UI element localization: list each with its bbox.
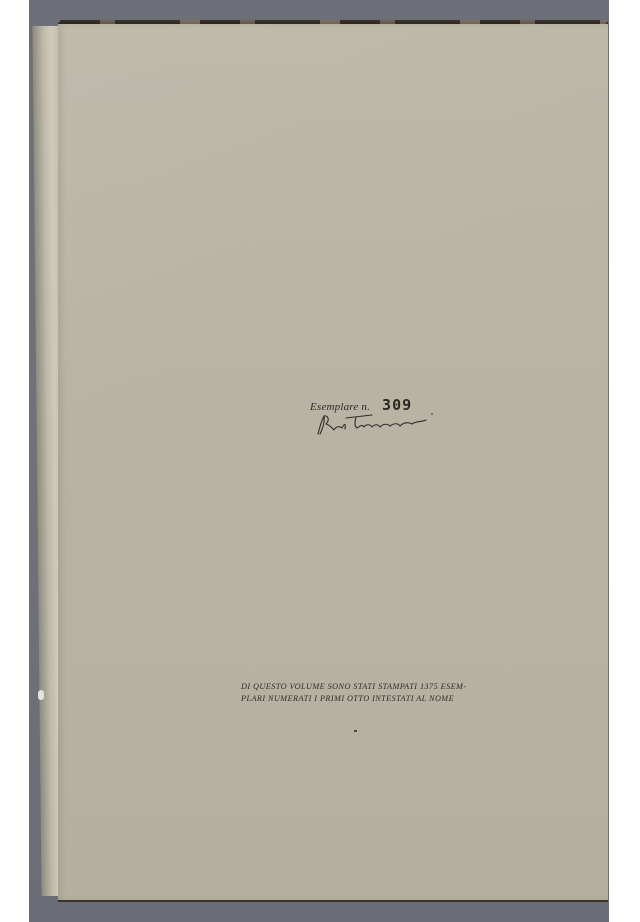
book-page bbox=[58, 22, 608, 902]
colophon-text: DI QUESTO VOLUME SONO STATI STAMPATI 137… bbox=[241, 681, 511, 705]
colophon-line-2: PLARI NUMERATI I PRIMI OTTO INTESTATI AL… bbox=[241, 693, 511, 705]
colophon-line-1: DI QUESTO VOLUME SONO STATI STAMPATI 137… bbox=[241, 681, 511, 693]
handwritten-signature bbox=[312, 412, 437, 438]
top-edge-wear bbox=[60, 20, 606, 24]
right-margin bbox=[609, 0, 640, 922]
printer-dot-mark bbox=[354, 730, 357, 732]
page-edge-nick bbox=[38, 690, 44, 700]
